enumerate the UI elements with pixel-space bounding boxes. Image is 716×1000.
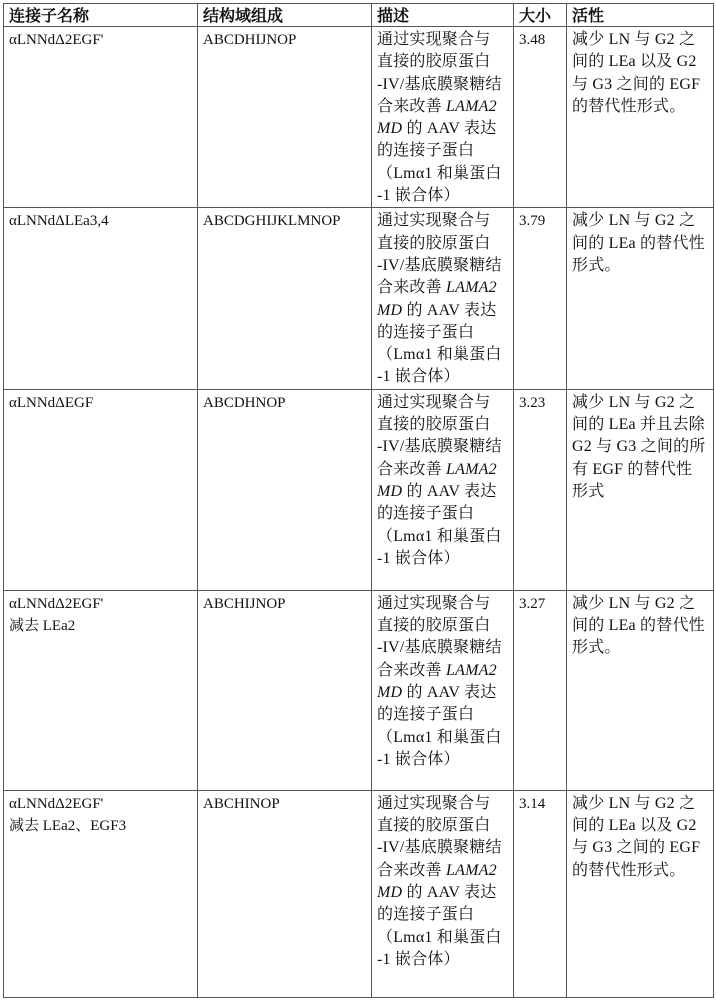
activity-cell: 减少 LN 与 G2 之间的 LEa 以及 G2与 G3 之间的 EGF的替代性… xyxy=(567,790,714,997)
linker-name-line: 减去 LEa2、EGF3 xyxy=(9,815,193,837)
description-line: 的连接子蛋白 xyxy=(377,140,509,162)
activity-line: 形式 xyxy=(572,481,709,503)
linker-name-cell: αLNNdΔ2EGF'减去 LEa2、EGF3 xyxy=(4,790,198,997)
description-line: -IV/基底膜聚糖结 xyxy=(377,255,509,277)
description-line: 的连接子蛋白 xyxy=(377,904,509,926)
activity-line: 的替代性形式。 xyxy=(572,860,709,882)
description-line: 合来改善 LAMA2 xyxy=(377,860,509,882)
description-line: -IV/基底膜聚糖结 xyxy=(377,837,509,859)
activity-line: 减少 LN 与 G2 之 xyxy=(572,593,709,615)
table-row: αLNNdΔ2EGF'减去 LEa2、EGF3 ABCHINOP 通过实现聚合与… xyxy=(4,790,714,997)
description-line: -IV/基底膜聚糖结 xyxy=(377,74,509,96)
gene-name-italic: LAMA2 xyxy=(446,461,497,478)
description-line: -1 嵌合体） xyxy=(377,366,509,388)
description-line: 合来改善 LAMA2 xyxy=(377,459,509,481)
domain-composition-cell: ABCHINOP xyxy=(198,790,372,997)
gene-name-italic: MD xyxy=(377,684,402,701)
linker-name-cell: αLNNdΔ2EGF' xyxy=(4,27,198,208)
linker-protein-table: 连接子名称 结构域组成 描述 大小 活性 αLNNdΔ2EGF' ABCDHIJ… xyxy=(3,3,714,998)
description-line: 通过实现聚合与 xyxy=(377,210,509,232)
description-cell: 通过实现聚合与直接的胶原蛋白-IV/基底膜聚糖结合来改善 LAMA2MD 的 A… xyxy=(372,27,514,208)
description-line: 通过实现聚合与 xyxy=(377,593,509,615)
description-text: 合来改善 xyxy=(377,279,446,296)
description-line: -IV/基底膜聚糖结 xyxy=(377,436,509,458)
description-line: MD 的 AAV 表达 xyxy=(377,118,509,140)
linker-name-line: αLNNdΔ2EGF' xyxy=(9,29,193,51)
description-line: （Lmα1 和巢蛋白 xyxy=(377,163,509,185)
domain-composition-text: ABCHINOP xyxy=(203,793,367,815)
description-text: 的 AAV 表达 xyxy=(402,120,496,137)
description-line: -1 嵌合体） xyxy=(377,949,509,971)
description-line: （Lmα1 和巢蛋白 xyxy=(377,727,509,749)
description-text: 的 AAV 表达 xyxy=(402,483,496,500)
description-line: 合来改善 LAMA2 xyxy=(377,277,509,299)
activity-line: 间的 LEa 并且去除 xyxy=(572,414,709,436)
description-line: 通过实现聚合与 xyxy=(377,793,509,815)
description-line: 直接的胶原蛋白 xyxy=(377,615,509,637)
description-line: 合来改善 LAMA2 xyxy=(377,660,509,682)
description-text: 的 AAV 表达 xyxy=(402,684,496,701)
linker-name-line: αLNNdΔLEa3,4 xyxy=(9,210,193,232)
gene-name-italic: MD xyxy=(377,483,402,500)
table-header-row: 连接子名称 结构域组成 描述 大小 活性 xyxy=(4,4,714,27)
domain-composition-text: ABCDHIJNOP xyxy=(203,29,367,51)
gene-name-italic: MD xyxy=(377,884,402,901)
size-cell: 3.79 xyxy=(514,208,567,389)
linker-name-cell: αLNNdΔ2EGF'减去 LEa2 xyxy=(4,590,198,790)
description-line: 直接的胶原蛋白 xyxy=(377,815,509,837)
description-cell: 通过实现聚合与直接的胶原蛋白-IV/基底膜聚糖结合来改善 LAMA2MD 的 A… xyxy=(372,790,514,997)
domain-composition-cell: ABCHIJNOP xyxy=(198,590,372,790)
domain-composition-text: ABCDGHIJKLMNOP xyxy=(203,210,367,232)
activity-line: 的替代性形式。 xyxy=(572,96,709,118)
activity-cell: 减少 LN 与 G2 之间的 LEa 的替代性形式。 xyxy=(567,208,714,389)
gene-name-italic: LAMA2 xyxy=(446,662,497,679)
description-line: 直接的胶原蛋白 xyxy=(377,233,509,255)
description-line: （Lmα1 和巢蛋白 xyxy=(377,526,509,548)
description-line: 通过实现聚合与 xyxy=(377,392,509,414)
description-line: 直接的胶原蛋白 xyxy=(377,414,509,436)
description-line: 的连接子蛋白 xyxy=(377,503,509,525)
activity-line: 与 G3 之间的 EGF xyxy=(572,837,709,859)
description-text: 合来改善 xyxy=(377,862,446,879)
description-line: （Lmα1 和巢蛋白 xyxy=(377,927,509,949)
size-value: 3.79 xyxy=(519,210,562,232)
linker-name-cell: αLNNdΔEGF xyxy=(4,389,198,590)
linker-name-line: 减去 LEa2 xyxy=(9,615,193,637)
description-line: 的连接子蛋白 xyxy=(377,322,509,344)
activity-cell: 减少 LN 与 G2 之间的 LEa 并且去除G2 与 G3 之间的所有 EGF… xyxy=(567,389,714,590)
domain-composition-cell: ABCDGHIJKLMNOP xyxy=(198,208,372,389)
size-cell: 3.14 xyxy=(514,790,567,997)
domain-composition-text: ABCHIJNOP xyxy=(203,593,367,615)
description-line: 的连接子蛋白 xyxy=(377,704,509,726)
table-row: αLNNdΔ2EGF' ABCDHIJNOP 通过实现聚合与直接的胶原蛋白-IV… xyxy=(4,27,714,208)
activity-cell: 减少 LN 与 G2 之间的 LEa 以及 G2与 G3 之间的 EGF的替代性… xyxy=(567,27,714,208)
size-cell: 3.48 xyxy=(514,27,567,208)
description-line: 合来改善 LAMA2 xyxy=(377,96,509,118)
description-text: 的 AAV 表达 xyxy=(402,884,496,901)
gene-name-italic: LAMA2 xyxy=(446,279,497,296)
table-row: αLNNdΔ2EGF'减去 LEa2 ABCHIJNOP 通过实现聚合与直接的胶… xyxy=(4,590,714,790)
activity-line: 间的 LEa 的替代性 xyxy=(572,615,709,637)
size-value: 3.23 xyxy=(519,392,562,414)
gene-name-italic: LAMA2 xyxy=(446,862,497,879)
linker-name-cell: αLNNdΔLEa3,4 xyxy=(4,208,198,389)
description-line: MD 的 AAV 表达 xyxy=(377,882,509,904)
description-line: -1 嵌合体） xyxy=(377,548,509,570)
activity-line: 减少 LN 与 G2 之 xyxy=(572,793,709,815)
domain-composition-cell: ABCDHNOP xyxy=(198,389,372,590)
size-cell: 3.23 xyxy=(514,389,567,590)
description-line: MD 的 AAV 表达 xyxy=(377,682,509,704)
description-cell: 通过实现聚合与直接的胶原蛋白-IV/基底膜聚糖结合来改善 LAMA2MD 的 A… xyxy=(372,389,514,590)
activity-line: 减少 LN 与 G2 之 xyxy=(572,29,709,51)
activity-line: 间的 LEa 的替代性 xyxy=(572,233,709,255)
description-line: MD 的 AAV 表达 xyxy=(377,300,509,322)
header-domain-composition: 结构域组成 xyxy=(198,4,372,27)
description-line: -1 嵌合体） xyxy=(377,749,509,771)
header-linker-name: 连接子名称 xyxy=(4,4,198,27)
description-line: -IV/基底膜聚糖结 xyxy=(377,637,509,659)
description-line: MD 的 AAV 表达 xyxy=(377,481,509,503)
description-line: -1 嵌合体） xyxy=(377,185,509,207)
activity-line: 减少 LN 与 G2 之 xyxy=(572,210,709,232)
activity-cell: 减少 LN 与 G2 之间的 LEa 的替代性形式。 xyxy=(567,590,714,790)
linker-name-line: αLNNdΔEGF xyxy=(9,392,193,414)
domain-composition-text: ABCDHNOP xyxy=(203,392,367,414)
description-line: 通过实现聚合与 xyxy=(377,29,509,51)
header-size: 大小 xyxy=(514,4,567,27)
header-activity: 活性 xyxy=(567,4,714,27)
size-cell: 3.27 xyxy=(514,590,567,790)
description-text: 合来改善 xyxy=(377,662,446,679)
activity-line: 形式。 xyxy=(572,255,709,277)
table-row: αLNNdΔLEa3,4 ABCDGHIJKLMNOP 通过实现聚合与直接的胶原… xyxy=(4,208,714,389)
size-value: 3.48 xyxy=(519,29,562,51)
activity-line: 间的 LEa 以及 G2 xyxy=(572,51,709,73)
description-text: 合来改善 xyxy=(377,461,446,478)
description-cell: 通过实现聚合与直接的胶原蛋白-IV/基底膜聚糖结合来改善 LAMA2MD 的 A… xyxy=(372,590,514,790)
description-text: 的 AAV 表达 xyxy=(402,302,496,319)
description-line: 直接的胶原蛋白 xyxy=(377,51,509,73)
activity-line: 与 G3 之间的 EGF xyxy=(572,74,709,96)
activity-line: 有 EGF 的替代性 xyxy=(572,459,709,481)
linker-name-line: αLNNdΔ2EGF' xyxy=(9,793,193,815)
gene-name-italic: LAMA2 xyxy=(446,98,497,115)
activity-line: G2 与 G3 之间的所 xyxy=(572,436,709,458)
size-value: 3.14 xyxy=(519,793,562,815)
linker-name-line: αLNNdΔ2EGF' xyxy=(9,593,193,615)
domain-composition-cell: ABCDHIJNOP xyxy=(198,27,372,208)
table-row: αLNNdΔEGF ABCDHNOP 通过实现聚合与直接的胶原蛋白-IV/基底膜… xyxy=(4,389,714,590)
gene-name-italic: MD xyxy=(377,302,402,319)
activity-line: 间的 LEa 以及 G2 xyxy=(572,815,709,837)
activity-line: 形式。 xyxy=(572,637,709,659)
gene-name-italic: MD xyxy=(377,120,402,137)
description-line: （Lmα1 和巢蛋白 xyxy=(377,344,509,366)
size-value: 3.27 xyxy=(519,593,562,615)
header-description: 描述 xyxy=(372,4,514,27)
activity-line: 减少 LN 与 G2 之 xyxy=(572,392,709,414)
description-cell: 通过实现聚合与直接的胶原蛋白-IV/基底膜聚糖结合来改善 LAMA2MD 的 A… xyxy=(372,208,514,389)
description-text: 合来改善 xyxy=(377,98,446,115)
